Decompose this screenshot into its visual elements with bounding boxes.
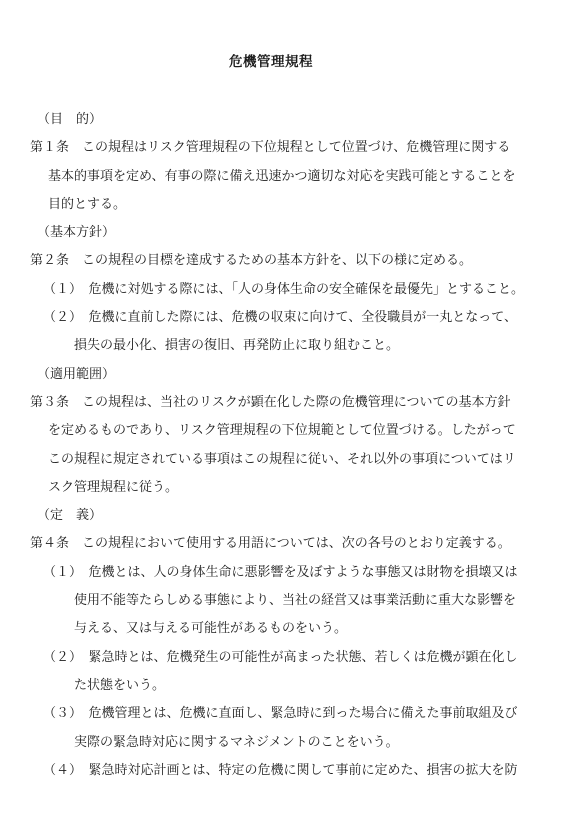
text-line-cont: を定めるものであり、リスク管理規程の下位規範として位置づける。したがって: [0, 416, 567, 444]
text-line-item_cont: 実際の緊急時対応に関するマネジメントのことをいう。: [0, 728, 567, 756]
document-page: 危機管理規程 （目 的）第１条 この規程はリスク管理規程の下位規程として位置づけ…: [0, 0, 567, 836]
text-line-cont: この規程に規定されている事項はこの規程に従い、それ以外の事項についてはリ: [0, 445, 567, 473]
text-line-item: （１） 危機とは、人の身体生命に悪影響を及ぼすような事態又は財物を損壊又は: [0, 558, 567, 586]
text-line-article: 第２条 この規程の目標を達成するための基本方針を、以下の様に定める。: [0, 246, 567, 274]
text-line-cont: スク管理規程に従う。: [0, 473, 567, 501]
text-line-heading: （定 義）: [0, 501, 567, 529]
document-lines: （目 的）第１条 この規程はリスク管理規程の下位規程として位置づけ、危機管理に関…: [0, 105, 567, 784]
text-line-heading: （基本方針）: [0, 218, 567, 246]
text-line-item_cont: 与える、又は与える可能性があるものをいう。: [0, 614, 567, 642]
document-title: 危機管理規程: [30, 50, 512, 70]
text-line-article: 第１条 この規程はリスク管理規程の下位規程として位置づけ、危機管理に関する: [0, 133, 567, 161]
text-line-cont: 基本的事項を定め、有事の際に備え迅速かつ適切な対応を実践可能とすることを: [0, 162, 567, 190]
text-line-item: （２） 緊急時とは、危機発生の可能性が高まった状態、若しくは危機が顕在化し: [0, 643, 567, 671]
text-line-article: 第３条 この規程は、当社のリスクが顕在化した際の危機管理についての基本方針: [0, 388, 567, 416]
text-line-article: 第４条 この規程において使用する用語については、次の各号のとおり定義する。: [0, 529, 567, 557]
text-line-item: （１） 危機に対処する際には、「人の身体生命の安全確保を最優先」とすること。: [0, 275, 567, 303]
text-line-item_cont: 損失の最小化、損害の復旧、再発防止に取り組むこと。: [0, 331, 567, 359]
text-line-heading: （適用範囲）: [0, 360, 567, 388]
text-line-heading: （目 的）: [0, 105, 567, 133]
text-line-item: （２） 危機に直前した際には、危機の収束に向けて、全役職員が一丸となって、: [0, 303, 567, 331]
text-line-item_cont: 使用不能等たらしめる事態により、当社の経営又は事業活動に重大な影響を: [0, 586, 567, 614]
text-line-item: （４） 緊急時対応計画とは、特定の危機に関して事前に定めた、損害の拡大を防: [0, 756, 567, 784]
text-line-item_cont: た状態をいう。: [0, 671, 567, 699]
text-line-item: （３） 危機管理とは、危機に直面し、緊急時に到った場合に備えた事前取組及び: [0, 699, 567, 727]
text-line-cont: 目的とする。: [0, 190, 567, 218]
